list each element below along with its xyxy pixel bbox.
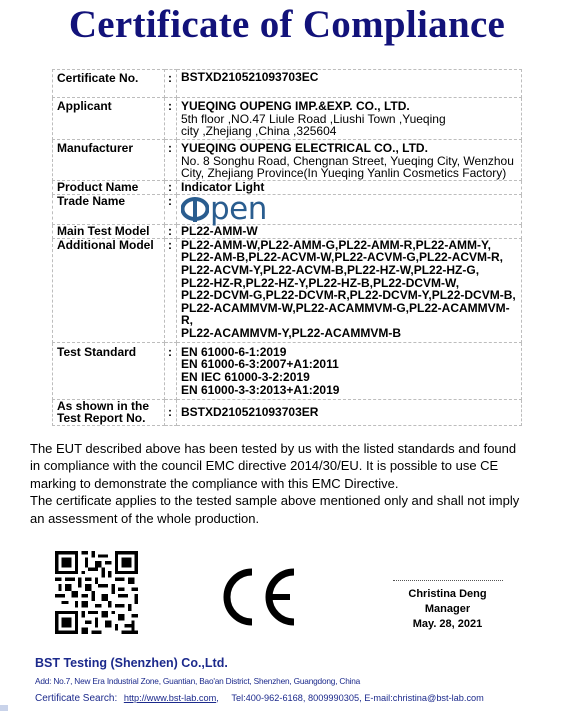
statement-line: The EUT described above has been tested …	[30, 440, 550, 457]
label-product-name: Product Name	[53, 181, 165, 195]
row-certificate-no: Certificate No. : BSTXD210521093703EC	[53, 70, 522, 98]
label-test-report-no: As shown in the Test Report No.	[53, 399, 165, 425]
colon: :	[165, 225, 177, 239]
row-test-report-no: As shown in the Test Report No. : BSTXD2…	[53, 399, 522, 425]
row-product-name: Product Name : Indicator Light	[53, 181, 522, 195]
signature-line	[393, 580, 503, 581]
additional-model-line: PL22-ACAMMVM-W,PL22-ACAMMVM-G,PL22-ACAMM…	[181, 302, 521, 327]
label-certificate-no: Certificate No.	[53, 70, 165, 98]
colon: :	[165, 140, 177, 181]
label-main-test-model: Main Test Model	[53, 225, 165, 239]
additional-model-line: PL22-DCVM-G,PL22-DCVM-R,PL22-DCVM-Y,PL22…	[181, 289, 521, 302]
colon: :	[165, 238, 177, 342]
statement-line: marking to demonstrate the compliance wi…	[30, 475, 550, 492]
applicant-name: YUEQING OUPENG IMP.&EXP. CO., LTD.	[181, 100, 521, 113]
colon: :	[165, 98, 177, 140]
signatory-title: Manager	[380, 602, 515, 617]
applicant-address-line2: city ,Zhejiang ,China ,325604	[181, 125, 521, 138]
signature-block: Christina Deng Manager May. 28, 2021	[380, 580, 515, 632]
open-logo-icon: pen	[181, 196, 267, 222]
row-test-standard: Test Standard : EN 61000-6-1:2019 EN 610…	[53, 342, 522, 399]
test-standards: EN 61000-6-1:2019 EN 61000-6-3:2007+A1:2…	[177, 342, 522, 399]
label-line: Test Report No.	[57, 412, 164, 425]
row-trade-name: Trade Name : pen	[53, 194, 522, 225]
test-report-number: BSTXD210521093703ER	[177, 399, 522, 425]
separator: ,	[216, 693, 219, 703]
issuer-company-name: BST Testing (Shenzhen) Co.,Ltd.	[35, 656, 228, 670]
certificate-details-table: Certificate No. : BSTXD210521093703EC Ap…	[52, 69, 522, 426]
colon: :	[165, 342, 177, 399]
row-additional-model: Additional Model : PL22-AMM-W,PL22-AMM-G…	[53, 238, 522, 342]
row-applicant: Applicant : YUEQING OUPENG IMP.&EXP. CO.…	[53, 98, 522, 140]
open-logo-mark-icon	[181, 196, 209, 222]
open-logo-text: pen	[210, 196, 267, 222]
issuer-address: Add: No.7, New Era Industrial Zone, Guan…	[35, 676, 360, 686]
label-trade-name: Trade Name	[53, 194, 165, 225]
label-manufacturer: Manufacturer	[53, 140, 165, 181]
statement-line: The certificate applies to the tested sa…	[30, 492, 550, 509]
certificate-search-link[interactable]: http://www.bst-lab.com	[124, 693, 216, 703]
label-additional-model: Additional Model	[53, 238, 165, 342]
certificate-number: BSTXD210521093703EC	[177, 70, 522, 98]
additional-model-line: PL22-ACAMMVM-Y,PL22-ACAMMVM-B	[181, 327, 521, 340]
page-title: Certificate of Compliance	[0, 2, 574, 47]
statement-line: an assessment of the whole production.	[30, 510, 550, 527]
signature-date: May. 28, 2021	[380, 617, 515, 632]
signatory-name: Christina Deng	[380, 587, 515, 602]
colon: :	[165, 70, 177, 98]
ce-mark-icon	[218, 568, 298, 626]
trade-name-logo: pen	[177, 194, 522, 225]
row-main-test-model: Main Test Model : PL22-AMM-W	[53, 225, 522, 239]
colon: :	[165, 181, 177, 195]
label-test-standard: Test Standard	[53, 342, 165, 399]
applicant-value: YUEQING OUPENG IMP.&EXP. CO., LTD. 5th f…	[177, 98, 522, 140]
test-standard-line: EN 61000-3-3:2013+A1:2019	[181, 384, 521, 397]
corner-decoration	[0, 705, 8, 711]
colon: :	[165, 194, 177, 225]
additional-model-line: PL22-ACVM-Y,PL22-ACVM-B,PL22-HZ-W,PL22-H…	[181, 264, 521, 277]
colon: :	[165, 399, 177, 425]
certificate-search-label: Certificate Search:	[35, 693, 117, 704]
issuer-contact: Tel:400-962-6168, 8009990305, E-mail:chr…	[231, 693, 483, 703]
compliance-statement: The EUT described above has been tested …	[30, 440, 550, 527]
test-standard-line: EN IEC 61000-3-2:2019	[181, 371, 521, 384]
label-applicant: Applicant	[53, 98, 165, 140]
manufacturer-value: YUEQING OUPENG ELECTRICAL CO., LTD. No. …	[177, 140, 522, 181]
additional-models: PL22-AMM-W,PL22-AMM-G,PL22-AMM-R,PL22-AM…	[177, 238, 522, 342]
qr-code-icon[interactable]	[55, 550, 138, 635]
row-manufacturer: Manufacturer : YUEQING OUPENG ELECTRICAL…	[53, 140, 522, 181]
main-test-model: PL22-AMM-W	[177, 225, 522, 239]
certificate-search: Certificate Search: http://www.bst-lab.c…	[35, 693, 484, 704]
statement-line: in compliance with the council EMC direc…	[30, 457, 550, 474]
manufacturer-address-line2: City, Zhejiang Province(In Yueqing Yanli…	[181, 167, 521, 180]
manufacturer-name: YUEQING OUPENG ELECTRICAL CO., LTD.	[181, 142, 521, 155]
